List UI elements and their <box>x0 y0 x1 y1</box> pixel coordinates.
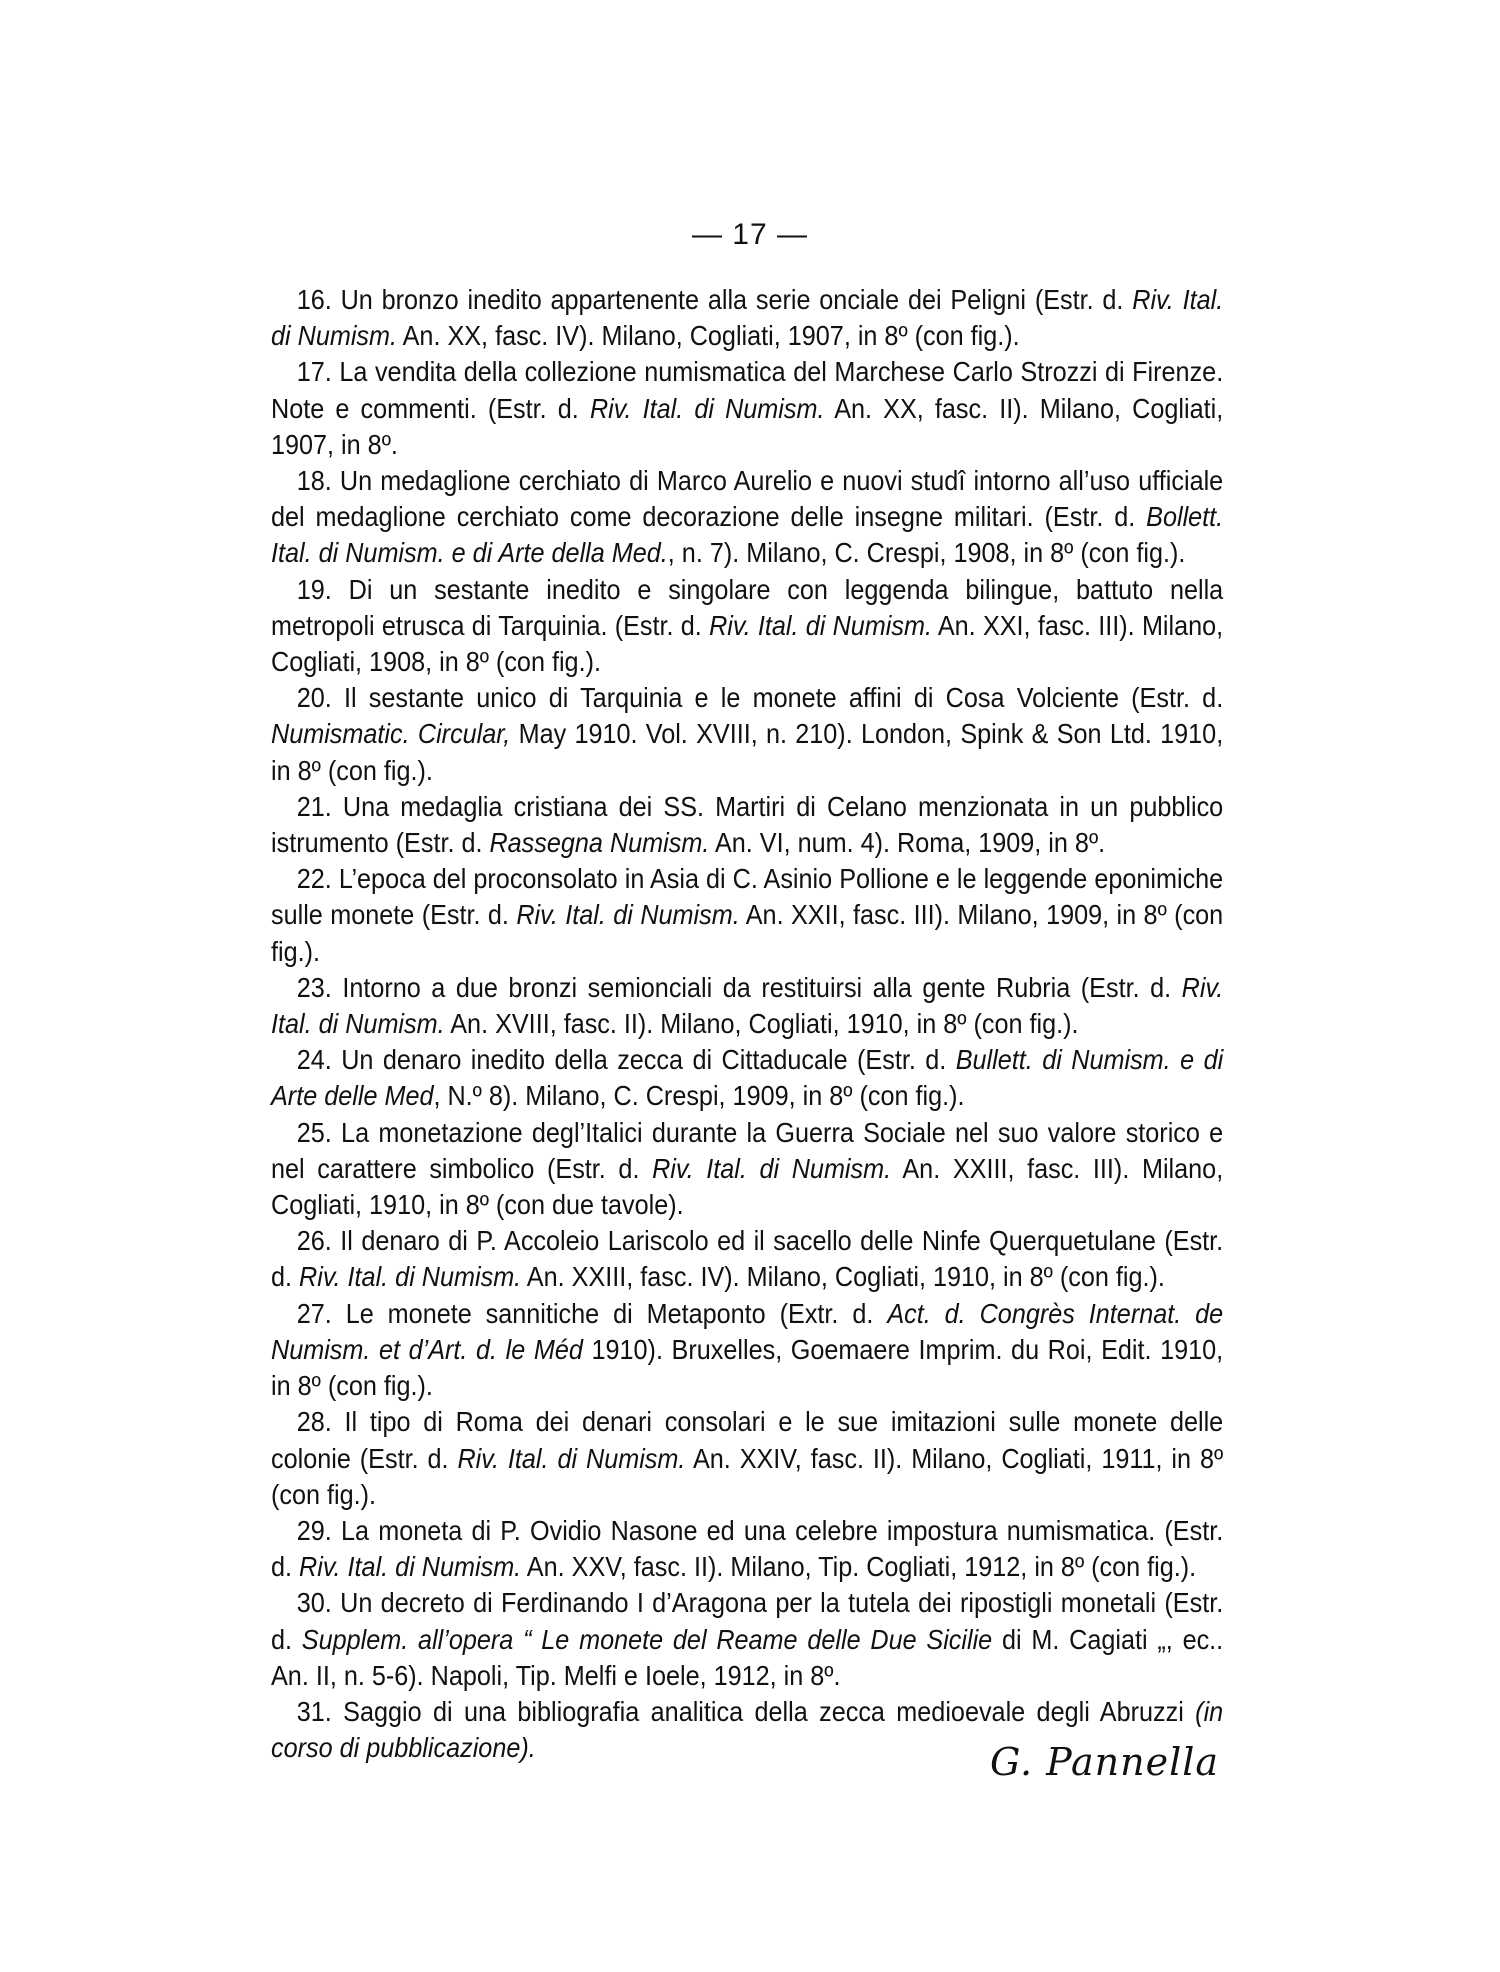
entry-number: 27. <box>297 1298 332 1329</box>
entry-text: An. XXV, fasc. II). Milano, Tip. Cogliat… <box>521 1551 1196 1582</box>
entry-text: An. XVIII, fasc. II). Milano, Cogliati, … <box>445 1008 1079 1039</box>
author-signature: G. Pannella <box>990 1740 1219 1784</box>
bibliography-entry: 23. Intorno a due bronzi semionciali da … <box>271 970 1223 1042</box>
entry-number: 28. <box>297 1406 332 1437</box>
document-page: — 17 — 16. Un bronzo inedito appartenent… <box>0 0 1500 1972</box>
entry-text: An. XX, fasc. IV). Milano, Cogliati, 190… <box>397 320 1020 351</box>
publication-title: Numismatic. Circular, <box>271 718 510 749</box>
entry-text: Un bronzo inedito appartenente alla seri… <box>332 284 1132 315</box>
entry-text: Le monete sannitiche di Metaponto (Extr.… <box>332 1298 888 1329</box>
entry-number: 26. <box>297 1225 332 1256</box>
bibliography-entry: 28. Il tipo di Roma dei denari consolari… <box>271 1404 1223 1513</box>
publication-title: Riv. Ital. di Numism. <box>516 899 739 930</box>
entry-text: , n. 7). Milano, C. Crespi, 1908, in 8º … <box>668 537 1186 568</box>
entry-text: Intorno a due bronzi semionciali da rest… <box>332 972 1182 1003</box>
entry-number: 17. <box>297 356 332 387</box>
entry-number: 19. <box>297 574 332 605</box>
publication-title: Riv. Ital. di Numism. <box>709 610 932 641</box>
entry-number: 22. <box>297 863 332 894</box>
publication-title: Riv. Ital. di Numism. <box>299 1261 521 1292</box>
entry-number: 16. <box>297 284 332 315</box>
bibliography-entry: 26. Il denaro di P. Accoleio Lariscolo e… <box>271 1223 1223 1295</box>
bibliography-entry: 29. La moneta di P. Ovidio Nasone ed una… <box>271 1513 1223 1585</box>
entry-number: 25. <box>297 1117 332 1148</box>
entry-number: 20. <box>297 682 332 713</box>
bibliography-entry: 24. Un denaro inedito della zecca di Cit… <box>271 1042 1223 1114</box>
bibliography-entry: 16. Un bronzo inedito appartenente alla … <box>271 282 1223 354</box>
entry-number: 23. <box>297 972 332 1003</box>
publication-title: Riv. Ital. di Numism. <box>652 1153 891 1184</box>
publication-title: Rassegna Numism. <box>489 827 709 858</box>
entry-text: Un medaglione cerchiato di Marco Aurelio… <box>271 465 1223 532</box>
publication-title: Riv. Ital. di Numism. <box>457 1443 685 1474</box>
entry-number: 24. <box>297 1044 332 1075</box>
bibliography-entry: 19. Di un sestante inedito e singolare c… <box>271 572 1223 681</box>
entry-text: , N.º 8). Milano, C. Crespi, 1909, in 8º… <box>433 1080 964 1111</box>
entry-number: 29. <box>297 1515 332 1546</box>
entry-number: 18. <box>297 465 332 496</box>
entry-text: An. XXIII, fasc. IV). Milano, Cogliati, … <box>521 1261 1165 1292</box>
entry-text: Saggio di una bibliografia analitica del… <box>332 1696 1195 1727</box>
bibliography-entry: 20. Il sestante unico di Tarquinia e le … <box>271 680 1223 789</box>
bibliography-list: 16. Un bronzo inedito appartenente alla … <box>271 282 1223 1766</box>
bibliography-entry: 27. Le monete sannitiche di Metaponto (E… <box>271 1296 1223 1405</box>
entry-text: Il sestante unico di Tarquinia e le mone… <box>332 682 1223 713</box>
bibliography-entry: 21. Una medaglia cristiana dei SS. Marti… <box>271 789 1223 861</box>
publication-title: Riv. Ital. di Numism. <box>299 1551 521 1582</box>
entry-number: 31. <box>297 1696 332 1727</box>
page-number: — 17 — <box>0 218 1500 252</box>
bibliography-entry: 22. L’epoca del proconsolato in Asia di … <box>271 861 1223 970</box>
entry-text: An. VI, num. 4). Roma, 1909, in 8º. <box>709 827 1105 858</box>
bibliography-entry: 17. La vendita della collezione numismat… <box>271 354 1223 463</box>
publication-title: Riv. Ital. di Numism. <box>590 393 825 424</box>
entry-number: 21. <box>297 791 332 822</box>
bibliography-entry: 18. Un medaglione cerchiato di Marco Aur… <box>271 463 1223 572</box>
publication-title: Supplem. all’opera “ Le monete del Reame… <box>302 1624 992 1655</box>
entry-number: 30. <box>297 1587 332 1618</box>
bibliography-entry: 25. La monetazione degl’Italici durante … <box>271 1115 1223 1224</box>
bibliography-entry: 30. Un decreto di Ferdinando I d’Aragona… <box>271 1585 1223 1694</box>
entry-text: Un denaro inedito della zecca di Cittadu… <box>332 1044 956 1075</box>
